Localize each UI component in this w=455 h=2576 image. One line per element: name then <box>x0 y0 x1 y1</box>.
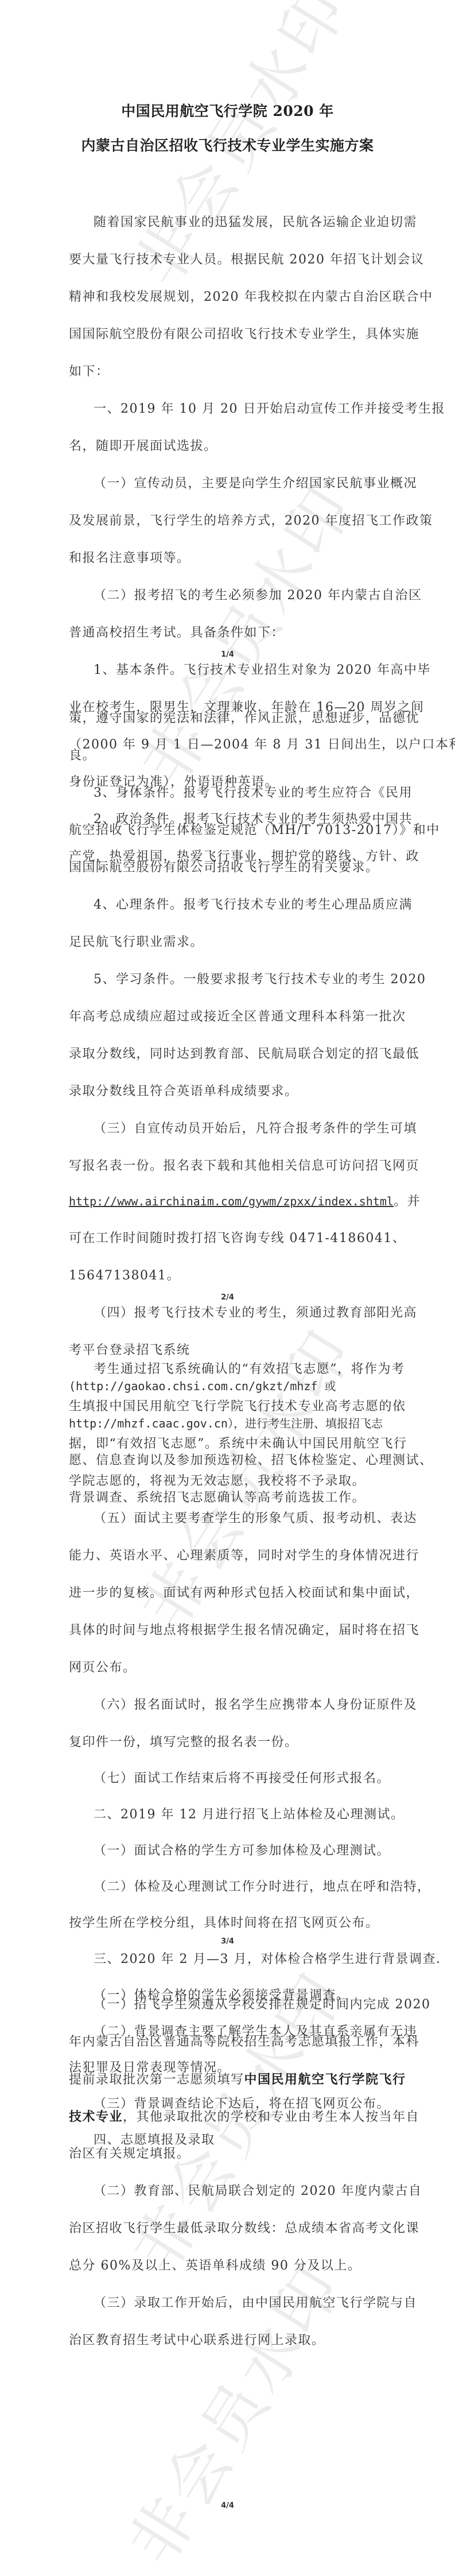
text-segment: 提前录取批次第一志愿须填写 <box>69 2073 244 2087</box>
text-line: 年内蒙古自治区普通高等院校招生高考志愿填报工作，本科 <box>69 2034 419 2050</box>
text-line: （五）面试主要考查学生的形象气质、报考动机、表达 <box>94 1511 417 1527</box>
text-line: 录取分数线且符合英语单科成绩要求。 <box>69 1084 298 1100</box>
text-line: 网页公布。 <box>69 1660 137 1676</box>
text-line: 考平台登录招飞系统 <box>69 1343 190 1359</box>
text-line: （一）招飞学生须遵从学校安排在规定时间内完成 2020 <box>94 1997 430 2013</box>
link-suffix: 。并 <box>394 1194 421 1209</box>
page-number: 2/4 <box>0 1293 455 1302</box>
text-line: 及发展前景，飞行学生的培养方式，2020 年度招飞工作政策 <box>69 513 433 529</box>
text-line: （三）录取工作开始后，由中国民用航空飞行学院与自 <box>94 2295 417 2311</box>
text-line: 和报名注意事项等。 <box>69 550 190 567</box>
document-page: 非会员水印 非会员水印 非会员水印 非会员水印 非会员水印 中国民用航空飞行学院… <box>0 0 455 2576</box>
text-line: 按学生所在学校分组，具体时间将在招飞网页公布。 <box>69 1915 379 1931</box>
text-line: （三）自宣传动员开始后，凡符合报考条件的学生可填 <box>94 1121 417 1137</box>
watermark: 非会员水印 <box>103 2244 360 2576</box>
text-line: 治区有关规定填报。 <box>69 2146 190 2162</box>
text-line: 愿、信息查询以及参加预选初检、招飞体检鉴定、心理测试、 <box>69 1453 433 1469</box>
text-line: 提前录取批次第一志愿须填写中国民用航空飞行学院飞行 <box>69 2071 406 2088</box>
text-line: 3、身体条件。报考飞行技术专业的考生应符合《民用 <box>94 785 413 801</box>
text-line: 普通高校招生考试。具备条件如下： <box>69 625 285 641</box>
text-line: 学院志愿的，将视为无效志愿，我校将不予录取。 <box>69 1473 365 1489</box>
text-line: 可在工作时间随时拨打招飞咨询专线 0471-4186041、 <box>69 1231 406 1247</box>
text-line: 如下： <box>69 364 110 380</box>
text-line: （四）报考飞行技术专业的考生，须通过教育部阳光高 <box>94 1305 417 1321</box>
text-line: （一）宣传动员，主要是向学生介绍国家民航事业概况 <box>94 476 417 492</box>
text-line: 治区招收飞行学生最低录取分数线：总成绩本省高考文化课 <box>69 2221 419 2237</box>
registration-webpage-link[interactable]: http://www.airchinaim.com/gywm/zpxx/inde… <box>69 1194 394 1208</box>
text-line: （七）面试工作结束后将不再接受任何形式报名。 <box>94 1771 390 1787</box>
text-line: 足民航飞行职业需求。 <box>69 934 204 951</box>
text-line: （二）报考招飞的考生必须参加 2020 年内蒙古自治区 <box>94 588 422 604</box>
document-title-line-1: 中国民用航空飞行学院 2020 年 <box>0 102 455 121</box>
text-line: 三、2020 年 2 月—3 月，对体检合格学生进行背景调查． <box>94 1952 449 1968</box>
text-line: （二）教育部、民航局联合划定的 2020 年度内蒙古自 <box>94 2183 422 2199</box>
text-line: 录取分数线，同时达到教育部、民航局联合划定的招飞最低 <box>69 1046 419 1062</box>
text-line: （六）报名面试时，报名学生应携带本人身份证原件及 <box>94 1697 417 1713</box>
document-title-line-2: 内蒙古自治区招收飞行技术专业学生实施方案 <box>0 137 455 155</box>
text-line: 复印件一份，填写完整的报名表一份。 <box>69 1735 298 1751</box>
text-line: 名，随即开展面试选拔。 <box>69 439 217 455</box>
emphasized-program-name: 技术专业 <box>69 2109 123 2124</box>
text-line: http://mhzf.caac.gov.cn），进行考生注册、填报招飞志 <box>69 1415 383 1431</box>
text-line: 要大量飞行技术专业人员。根据民航 2020 年招飞计划会议 <box>69 252 424 268</box>
text-line: 精神和我校发展规划，2020 年我校拟在内蒙古自治区联合中 <box>69 289 433 305</box>
emphasized-program-name: 中国民用航空飞行学院飞行 <box>244 2072 406 2087</box>
page-number: 1/4 <box>0 650 455 659</box>
text-line: 总分 60%及以上、英语单科成绩 90 分及以上。 <box>69 2258 361 2274</box>
text-line: （一）面试合格的学生方可参加体检及心理测试。 <box>94 1843 390 1859</box>
text-line: （二）体检及心理测试工作分时进行，地点在呼和浩特， <box>94 1879 431 1895</box>
text-line: 国国际航空股份有限公司招收飞行学生的有关要求。 <box>69 860 379 876</box>
text-line: 背景调查、系统招飞志愿确认等高考前选拔工作。 <box>69 1490 365 1506</box>
text-line: 良。 <box>69 748 96 764</box>
text-line: 一、2019 年 10 月 20 日开始启动宣传工作并接受考生报 <box>94 401 445 417</box>
text-line: 治区教育招生考试中心联系进行网上录取。 <box>69 2333 325 2349</box>
text-line: 进一步的复核。面试有两种形式包括入校面试和集中面试， <box>69 1585 419 1601</box>
text-line: 二、2019 年 12 月进行招飞上站体检及心理测试。 <box>94 1807 404 1823</box>
text-line: 具体的时间与地点将根据学生报名情况确定，届时将在招飞 <box>69 1623 419 1639</box>
text-line: 1、基本条件。飞行技术专业招生对象为 2020 年高中毕 <box>94 662 431 678</box>
text-line: 技术专业，其他录取批次的学校和专业由考生本人按当年自 <box>69 2109 419 2125</box>
text-line: 生填报中国民用航空飞行学院飞行技术专业高考志愿的依 <box>69 1399 406 1415</box>
text-line: (http://gaokao.chsi.com.cn/gkzt/mhzf 或 <box>69 1378 336 1394</box>
text-line: 能力、英语水平、心理素质等，同时对学生的身体情况进行 <box>69 1548 419 1564</box>
text-line: 15647138041。 <box>69 1268 180 1284</box>
text-line: 5、学习条件。一般要求报考飞行技术专业的考生 2020 <box>94 972 426 988</box>
page-number: 4/4 <box>0 2501 455 2510</box>
text-line: 国国际航空股份有限公司招收飞行技术专业学生，具体实施 <box>69 327 419 343</box>
text-line: 航空招收飞行学生体检鉴定规范（MH/T 7013-2017）》和中 <box>69 823 440 839</box>
text-line: 据，即“有效招飞志愿”。系统中未确认中国民用航空飞行 <box>69 1436 407 1452</box>
text-line: 年高考总成绩应超过或接近全区普通文理科本科第一批次 <box>69 1009 406 1025</box>
text-line: http://www.airchinaim.com/gywm/zpxx/inde… <box>69 1193 421 1210</box>
text-line: 4、心理条件。报考飞行技术专业的考生心理品质应满 <box>94 897 413 913</box>
text-line: 随着国家民航事业的迅猛发展，民航各运输企业迫切需 <box>94 215 417 231</box>
text-segment: ，其他录取批次的学校和专业由考生本人按当年自 <box>123 2110 419 2124</box>
text-line: 写报名表一份。报名表下载和其他相关信息可访问招飞网页 <box>69 1158 419 1174</box>
text-line: 策，遵守国家的宪法和法律，作风正派，思想进步，品德优 <box>69 711 419 727</box>
text-line: （2000 年 9 月 1 日—2004 年 8 月 31 日间出生，以户口本和 <box>69 737 455 753</box>
page-number: 3/4 <box>0 1937 455 1946</box>
text-line: 考生通过招飞系统确认的“有效招飞志愿”，将作为考 <box>94 1361 405 1378</box>
